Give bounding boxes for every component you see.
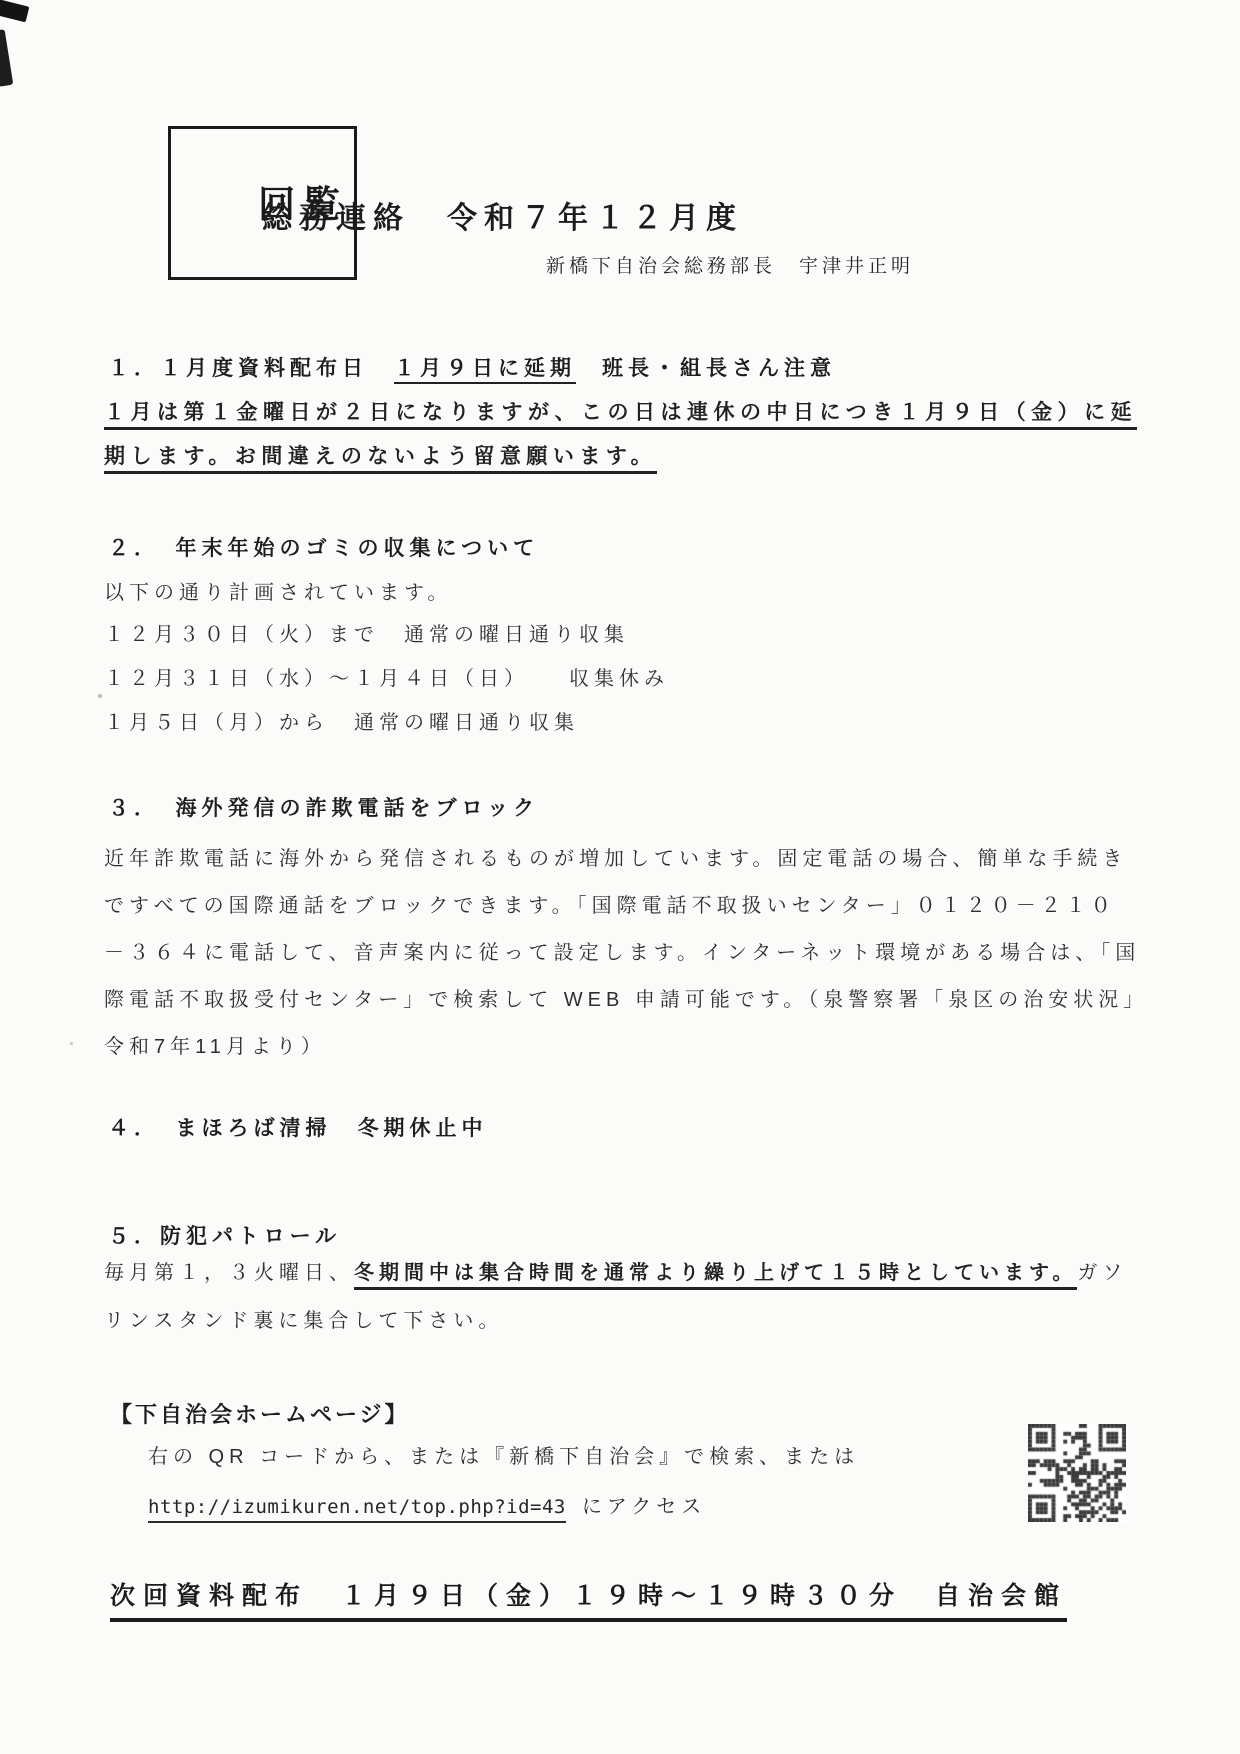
section1-heading-post: 班長・組長さん注意 — [576, 357, 836, 380]
section3-body-line: 近年詐欺電話に海外から発信されるものが増加しています。固定電話の場合、簡単な手続… — [104, 842, 1127, 871]
scan-speck — [70, 1042, 73, 1045]
section1-body-line1: １月は第１金曜日が２日になりますが、この日は連休の中日につき１月９日（金）に延 — [104, 396, 1137, 426]
scan-artifact — [0, 29, 13, 87]
section3-body-line: －３６４に電話して、音声案内に従って設定します。インターネット環境がある場合は、… — [104, 936, 1140, 965]
section2-schedule-line: １２月３０日（火）まで 通常の曜日通り収集 — [104, 618, 629, 647]
section5-body-underlined: 冬期間中は集合時間を通常より繰り上げて１５時としています。 — [354, 1262, 1077, 1290]
section1-body-line2: 期します。お間違えのないよう留意願います。 — [104, 440, 657, 470]
homepage-heading: 【下自治会ホームページ】 — [110, 1398, 410, 1429]
section1-heading-underlined: １月９日に延期 — [394, 357, 576, 384]
homepage-url-suffix: にアクセス — [582, 1496, 706, 1518]
section5-body-post: ガソ — [1077, 1262, 1127, 1284]
scan-artifact — [0, 0, 29, 22]
footer-next-distribution: 次回資料配布 １月９日（金）１９時～１９時３０分 自治会館 — [110, 1576, 1067, 1622]
section5-body-line2: リンスタンド裏に集合して下さい。 — [104, 1304, 503, 1333]
section2-schedule-line: １月５日（月）から 通常の曜日通り収集 — [104, 706, 579, 735]
scan-speck — [98, 694, 102, 698]
scanned-circular-page: 回覧 総務連絡 令和７年１２月度 新橋下自治会総務部長 宇津井正明 １．１月度資… — [0, 0, 1240, 1754]
section3-heading: ３． 海外発信の詐欺電話をブロック — [108, 792, 539, 822]
section4-heading: ４． まほろば清掃 冬期休止中 — [108, 1112, 488, 1142]
section2-schedule-line: １２月３１日（水）～１月４日（日） 収集休み — [104, 662, 669, 691]
section5-heading: ５．防犯パトロール — [108, 1220, 341, 1250]
homepage-url: http://izumikuren.net/top.php?id=43 — [148, 1496, 566, 1523]
section5-body-pre: 毎月第１，３火曜日、 — [104, 1262, 354, 1284]
homepage-url-line: http://izumikuren.net/top.php?id=43にアクセス — [148, 1490, 706, 1519]
section3-body-line: 令和7年11月より） — [104, 1030, 326, 1059]
byline: 新橋下自治会総務部長 宇津井正明 — [546, 251, 914, 278]
page-title: 総務連絡 令和７年１２月度 — [262, 193, 743, 237]
section5-body-line1: 毎月第１，３火曜日、冬期間中は集合時間を通常より繰り上げて１５時としています。ガ… — [104, 1256, 1127, 1285]
section2-heading: ２． 年末年始のゴミの収集について — [108, 532, 539, 562]
homepage-instruction: 右の QR コードから、または『新橋下自治会』で検索、または — [148, 1440, 859, 1469]
section1-heading-pre: １．１月度資料配布日 — [108, 357, 394, 380]
section3-body-line: ですべての国際通話をブロックできます。「国際電話不取扱いセンター」０１２０－２１… — [104, 889, 1116, 918]
section1-heading: １．１月度資料配布日 １月９日に延期 班長・組長さん注意 — [108, 352, 836, 382]
qr-code — [1028, 1424, 1126, 1522]
section3-body-line: 際電話不取扱受付センター」で検索して WEB 申請可能です。（泉警察署「泉区の治… — [104, 983, 1148, 1012]
section2-intro: 以下の通り計画されています。 — [104, 576, 452, 605]
